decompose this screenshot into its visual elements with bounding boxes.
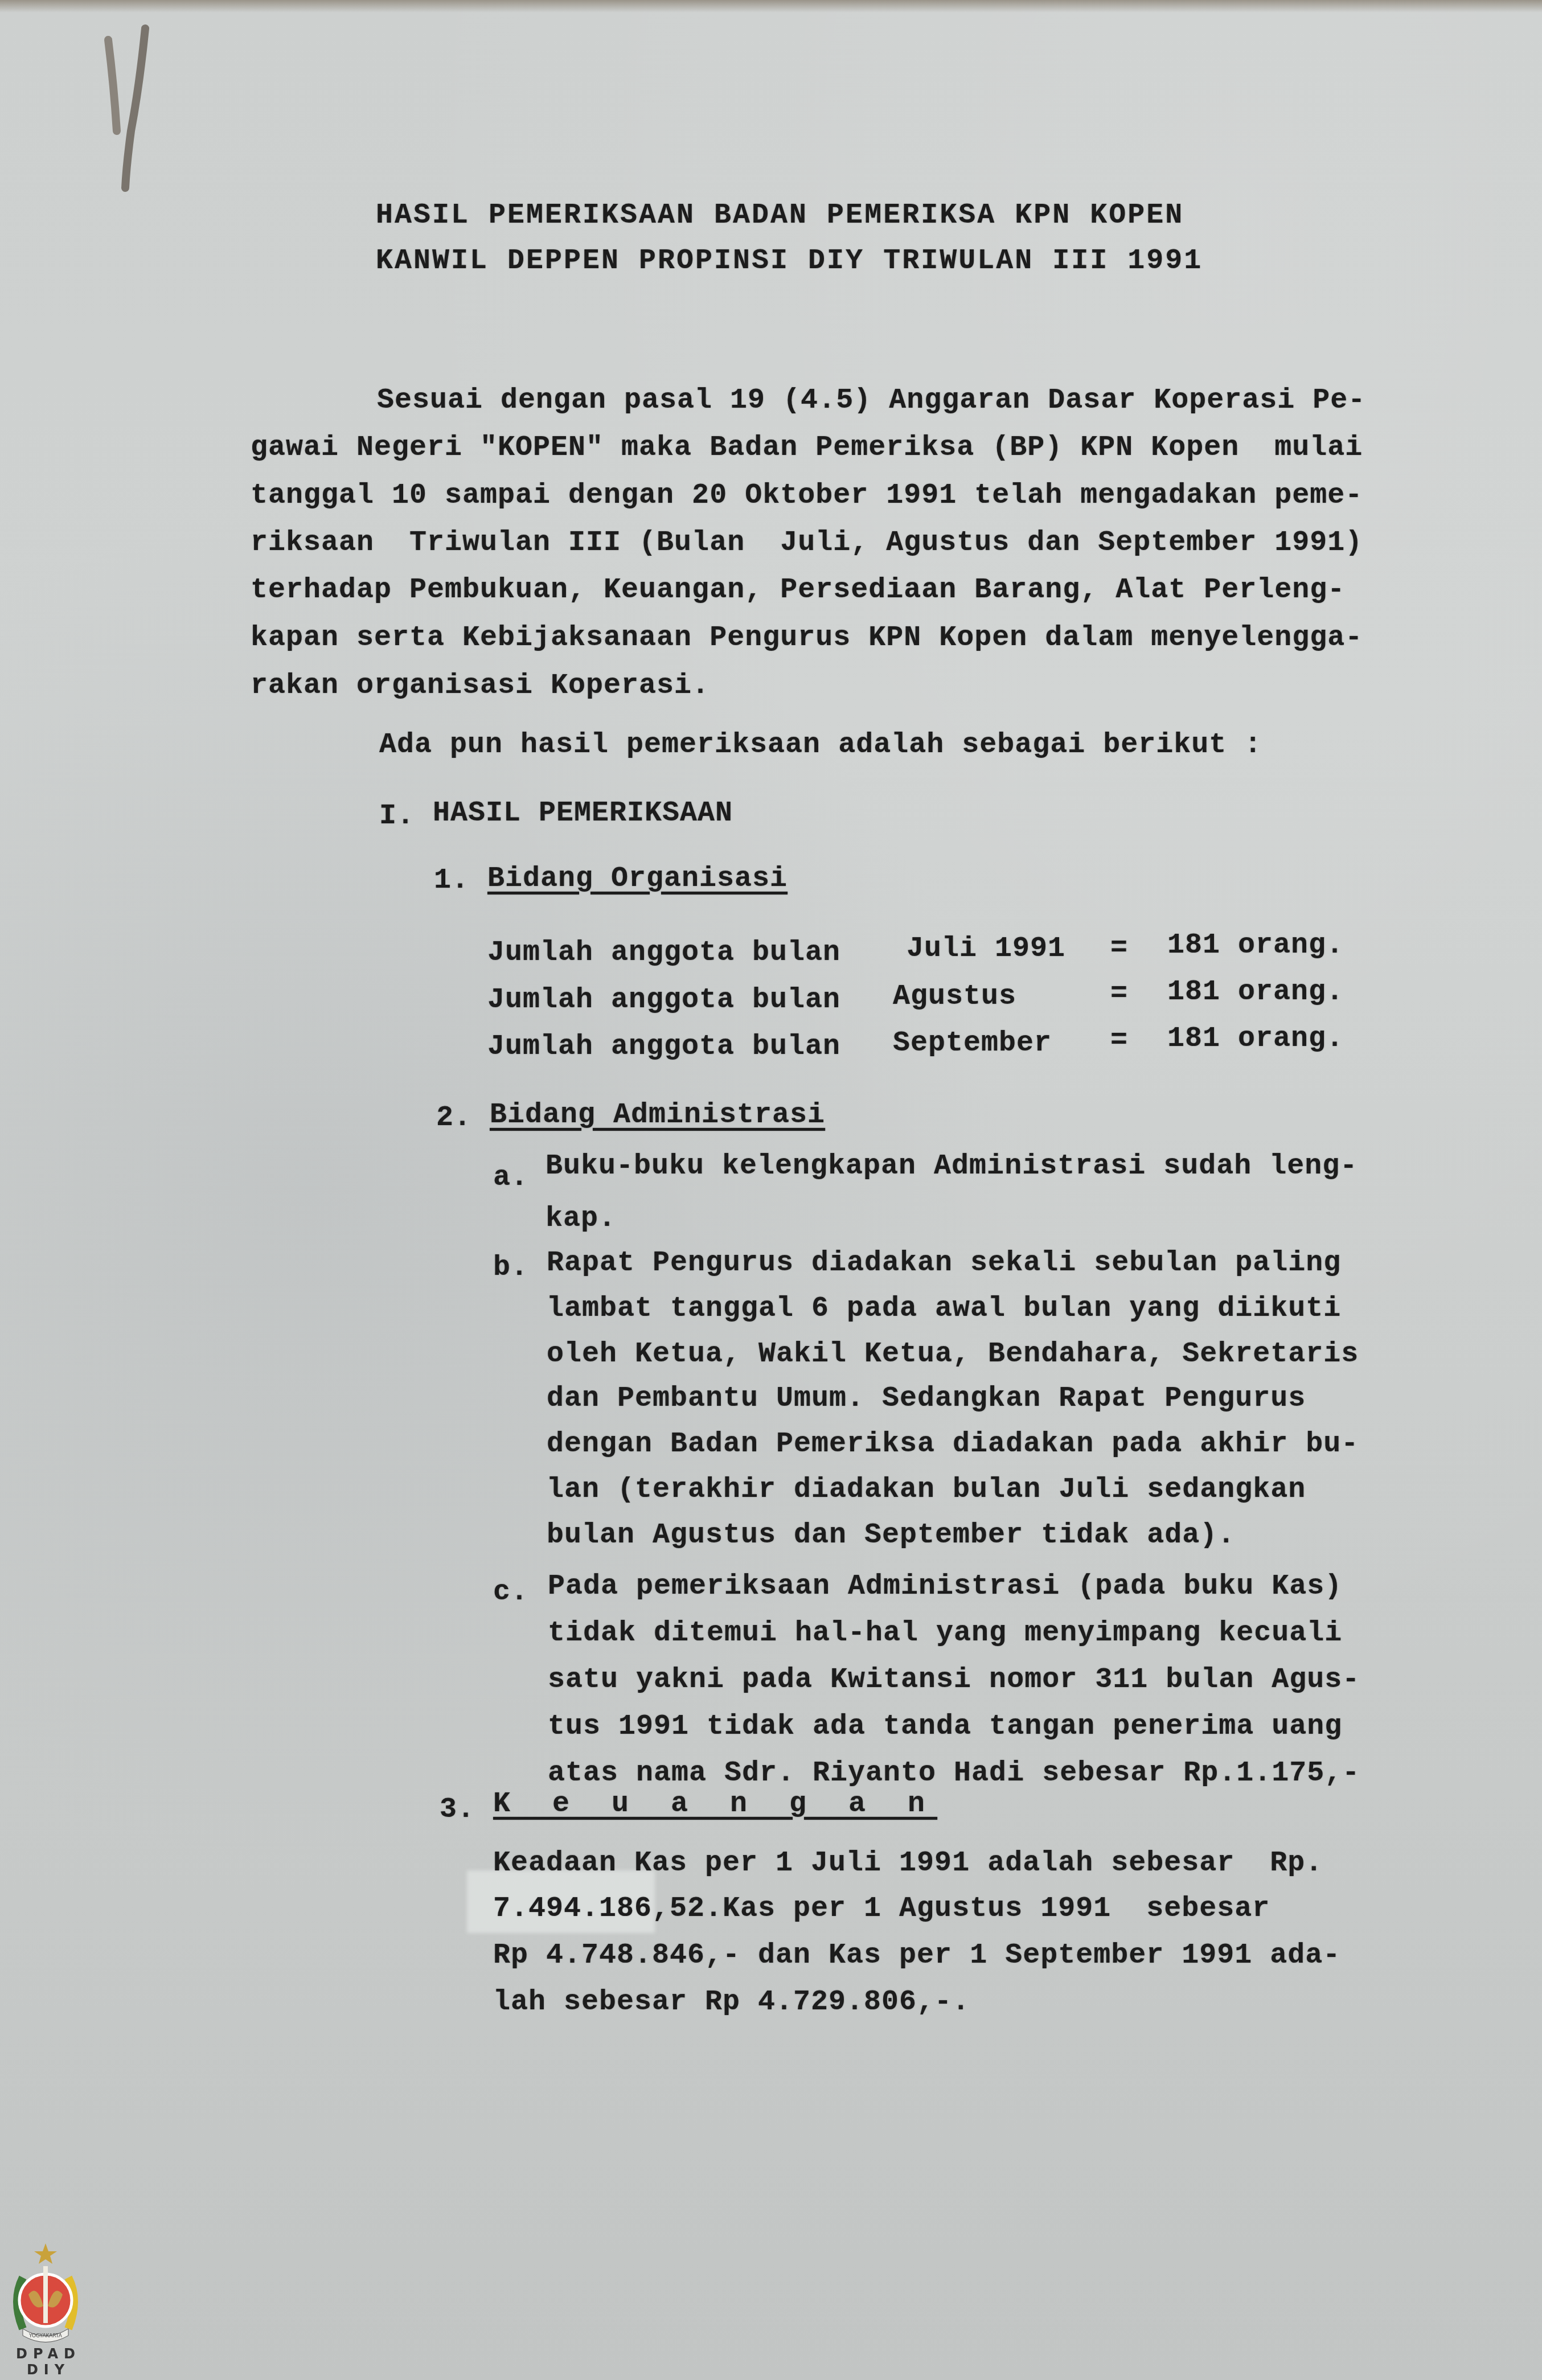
member-count-equals: = [1110,1025,1128,1057]
finance-line: lah sebesar Rp 4.729.806,-. [493,1986,970,2018]
member-count-label: Jumlah anggota bulan [487,984,840,1016]
section-heading: HASIL PEMERIKSAAN [433,797,733,830]
member-count-month: September [893,1027,1052,1060]
yogyakarta-coat-of-arms-icon: YOGYAKARTA [6,2243,85,2346]
sub-item-line: tidak ditemui hal-hal yang menyimpang ke… [548,1617,1342,1649]
page-top-edge [0,0,1542,13]
document-title-line-2: KANWIL DEPPEN PROPINSI DIY TRIWULAN III … [376,245,1203,277]
sub-item-line: tus 1991 tidak ada tanda tangan penerima… [548,1710,1342,1743]
sub-item-letter: a. [493,1162,528,1194]
handwritten-check-mark-icon [91,17,177,199]
sub-item-line: bulan Agustus dan September tidak ada). [547,1519,1235,1552]
item-heading-administrasi: Bidang Administrasi [490,1099,825,1131]
finance-line: 7.494.186,52.Kas per 1 Agustus 1991 sebe… [493,1893,1270,1925]
sub-item-line: kap. [546,1203,616,1235]
section-number: I. [379,800,415,832]
intro-line: Sesuai dengan pasal 19 (4.5) Anggaran Da… [377,384,1365,417]
member-count-equals: = [1110,933,1128,965]
member-count-value: 181 orang. [1167,976,1344,1008]
member-count-equals: = [1110,978,1128,1011]
finance-line: Rp 4.748.846,- dan Kas per 1 September 1… [493,1939,1340,1972]
sub-item-line: dengan Badan Pemeriksa diadakan pada akh… [547,1428,1359,1460]
intro-line: tanggal 10 sampai dengan 20 Oktober 1991… [251,479,1363,512]
item-heading-organisasi: Bidang Organisasi [487,863,788,895]
item-number: 3. [440,1794,475,1826]
sub-item-line: satu yakni pada Kwitansi nomor 311 bulan… [548,1664,1360,1696]
intro-line: kapan serta Kebijaksanaan Pengurus KPN K… [251,622,1363,654]
intro-line: gawai Negeri "KOPEN" maka Badan Pemeriks… [251,432,1363,464]
member-count-label: Jumlah anggota bulan [487,937,840,969]
sub-item-line: Rapat Pengurus diadakan sekali sebulan p… [547,1247,1341,1279]
sub-item-line: lan (terakhir diadakan bulan Juli sedang… [547,1474,1306,1506]
watermark-label-line-1: DPAD [6,2346,91,2362]
member-count-month: Agustus [893,980,1016,1013]
finance-line: Keadaan Kas per 1 Juli 1991 adalah sebes… [493,1847,1323,1880]
intro-line: terhadap Pembukuan, Keuangan, Persediaan… [251,574,1345,606]
document-title-line-1: HASIL PEMERIKSAAN BADAN PEMERIKSA KPN KO… [376,199,1184,232]
intro-line: rakan organisasi Koperasi. [251,670,710,702]
sub-item-line: atas nama Sdr. Riyanto Hadi sebesar Rp.1… [548,1757,1360,1790]
sub-item-line: oleh Ketua, Wakil Ketua, Bendahara, Sekr… [547,1338,1359,1370]
member-count-month: Juli 1991 [907,933,1065,965]
sub-item-letter: c. [493,1576,528,1608]
intro-line: riksaan Triwulan III (Bulan Juli, Agustu… [251,527,1363,559]
sub-item-letter: b. [493,1251,528,1284]
sub-item-line: lambat tanggal 6 pada awal bulan yang di… [547,1292,1341,1325]
watermark-label-line-2: DIY [6,2362,91,2378]
logo-ribbon-text: YOGYAKARTA [28,2333,63,2339]
member-count-label: Jumlah anggota bulan [487,1031,840,1063]
document-page: HASIL PEMERIKSAAN BADAN PEMERIKSA KPN KO… [0,0,1542,2380]
member-count-value: 181 orang. [1167,929,1344,962]
sub-item-line: Pada pemeriksaan Administrasi (pada buku… [548,1570,1342,1603]
item-number: 1. [434,864,469,897]
item-number: 2. [436,1102,471,1134]
dpad-diy-watermark: YOGYAKARTA DPAD DIY [6,2243,85,2380]
sub-item-line: dan Pembantu Umum. Sedangkan Rapat Pengu… [547,1382,1306,1415]
lead-in-text: Ada pun hasil pemeriksaan adalah sebagai… [379,729,1262,761]
member-count-value: 181 orang. [1167,1023,1344,1055]
sub-item-line: Buku-buku kelengkapan Administrasi sudah… [546,1150,1358,1183]
item-heading-keuangan: K e u a n g a n [493,1788,937,1820]
